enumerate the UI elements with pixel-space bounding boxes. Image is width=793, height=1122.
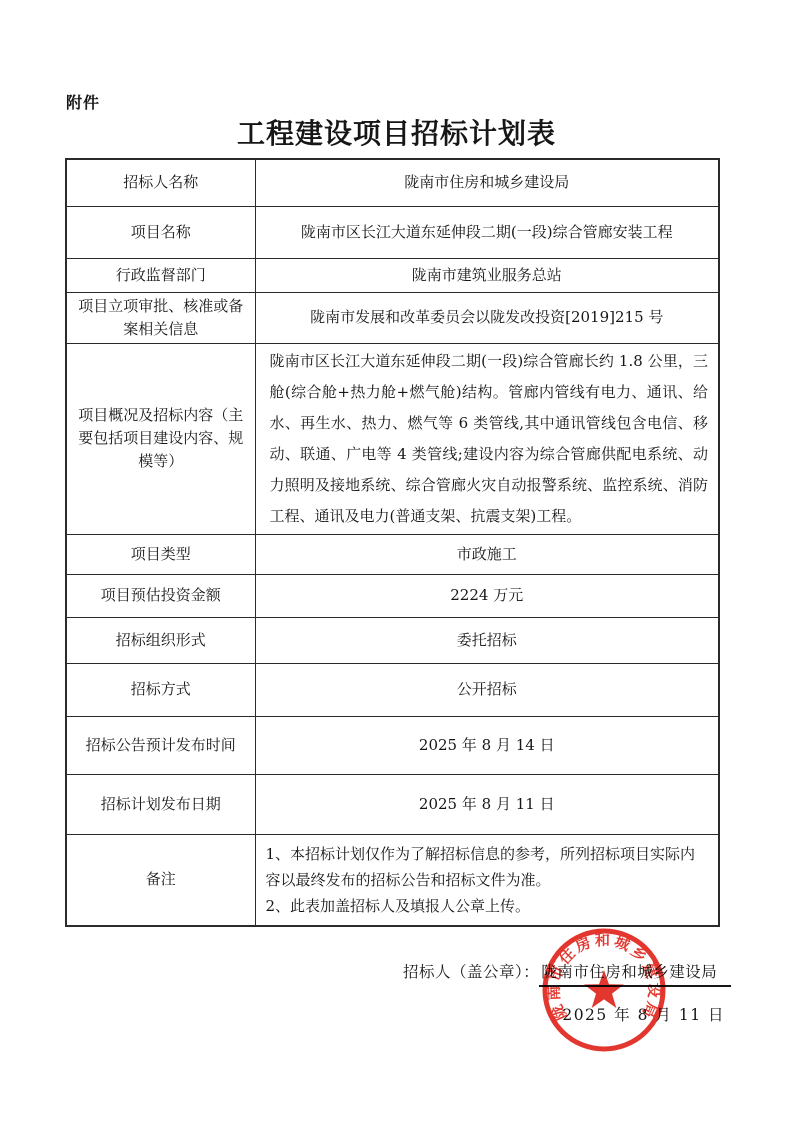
table-row: 招标人名称 陇南市住房和城乡建设局 (66, 159, 719, 206)
row-value: 陇南市建筑业服务总站 (255, 258, 719, 292)
document-page: 附件 工程建设项目招标计划表 招标人名称 陇南市住房和城乡建设局 项目名称 陇南… (0, 0, 793, 1122)
row-value: 公开招标 (255, 663, 719, 716)
row-label: 备注 (66, 834, 255, 926)
row-value: 陇南市发展和改革委员会以陇发改投资[2019]215 号 (255, 292, 719, 343)
row-value: 2025 年 8 月 11 日 (255, 774, 719, 834)
bidding-plan-table: 招标人名称 陇南市住房和城乡建设局 项目名称 陇南市区长江大道东延伸段二期(一段… (65, 158, 720, 927)
row-value: 陇南市区长江大道东延伸段二期(一段)综合管廊安装工程 (255, 206, 719, 258)
table-row: 项目名称 陇南市区长江大道东延伸段二期(一段)综合管廊安装工程 (66, 206, 719, 258)
table-row: 招标公告预计发布时间 2025 年 8 月 14 日 (66, 716, 719, 774)
row-label: 招标公告预计发布时间 (66, 716, 255, 774)
row-label: 项目名称 (66, 206, 255, 258)
official-seal: 陇南市住房和城乡建设局 (539, 925, 669, 1055)
row-value: 陇南市区长江大道东延伸段二期(一段)综合管廊长约 1.8 公里，三舱(综合舱+热… (255, 343, 719, 534)
table-row: 招标计划发布日期 2025 年 8 月 11 日 (66, 774, 719, 834)
table-row: 项目预估投资金额 2224 万元 (66, 574, 719, 617)
row-label: 招标方式 (66, 663, 255, 716)
row-label: 项目类型 (66, 534, 255, 574)
row-value: 委托招标 (255, 617, 719, 663)
table-row: 项目概况及招标内容（主要包括项目建设内容、规模等） 陇南市区长江大道东延伸段二期… (66, 343, 719, 534)
signer-label: 招标人（盖公章）： (403, 963, 539, 981)
row-value: 2224 万元 (255, 574, 719, 617)
row-value: 1、本招标计划仅作为了解招标信息的参考，所列招标项目实际内容以最终发布的招标公告… (255, 834, 719, 926)
table-row: 招标组织形式 委托招标 (66, 617, 719, 663)
table-row: 招标方式 公开招标 (66, 663, 719, 716)
row-value: 陇南市住房和城乡建设局 (255, 159, 719, 206)
row-label: 行政监督部门 (66, 258, 255, 292)
signature-date: 2025 年 8 月 11 日 (562, 1003, 725, 1025)
table-row: 项目类型 市政施工 (66, 534, 719, 574)
row-label: 项目概况及招标内容（主要包括项目建设内容、规模等） (66, 343, 255, 534)
signer-line: 招标人（盖公章）：陇南市住房和城乡建设局 (403, 960, 731, 987)
attachment-label: 附件 (66, 90, 100, 113)
row-label: 招标组织形式 (66, 617, 255, 663)
table-row: 行政监督部门 陇南市建筑业服务总站 (66, 258, 719, 292)
row-label: 项目立项审批、核准或备案相关信息 (66, 292, 255, 343)
row-label: 招标人名称 (66, 159, 255, 206)
seal-ring (545, 931, 663, 1049)
signer-value: 陇南市住房和城乡建设局 (539, 960, 731, 987)
table-row: 项目立项审批、核准或备案相关信息 陇南市发展和改革委员会以陇发改投资[2019]… (66, 292, 719, 343)
row-label: 项目预估投资金额 (66, 574, 255, 617)
row-value: 市政施工 (255, 534, 719, 574)
table-row: 备注 1、本招标计划仅作为了解招标信息的参考，所列招标项目实际内容以最终发布的招… (66, 834, 719, 926)
row-label: 招标计划发布日期 (66, 774, 255, 834)
row-value: 2025 年 8 月 14 日 (255, 716, 719, 774)
page-title: 工程建设项目招标计划表 (0, 112, 793, 152)
